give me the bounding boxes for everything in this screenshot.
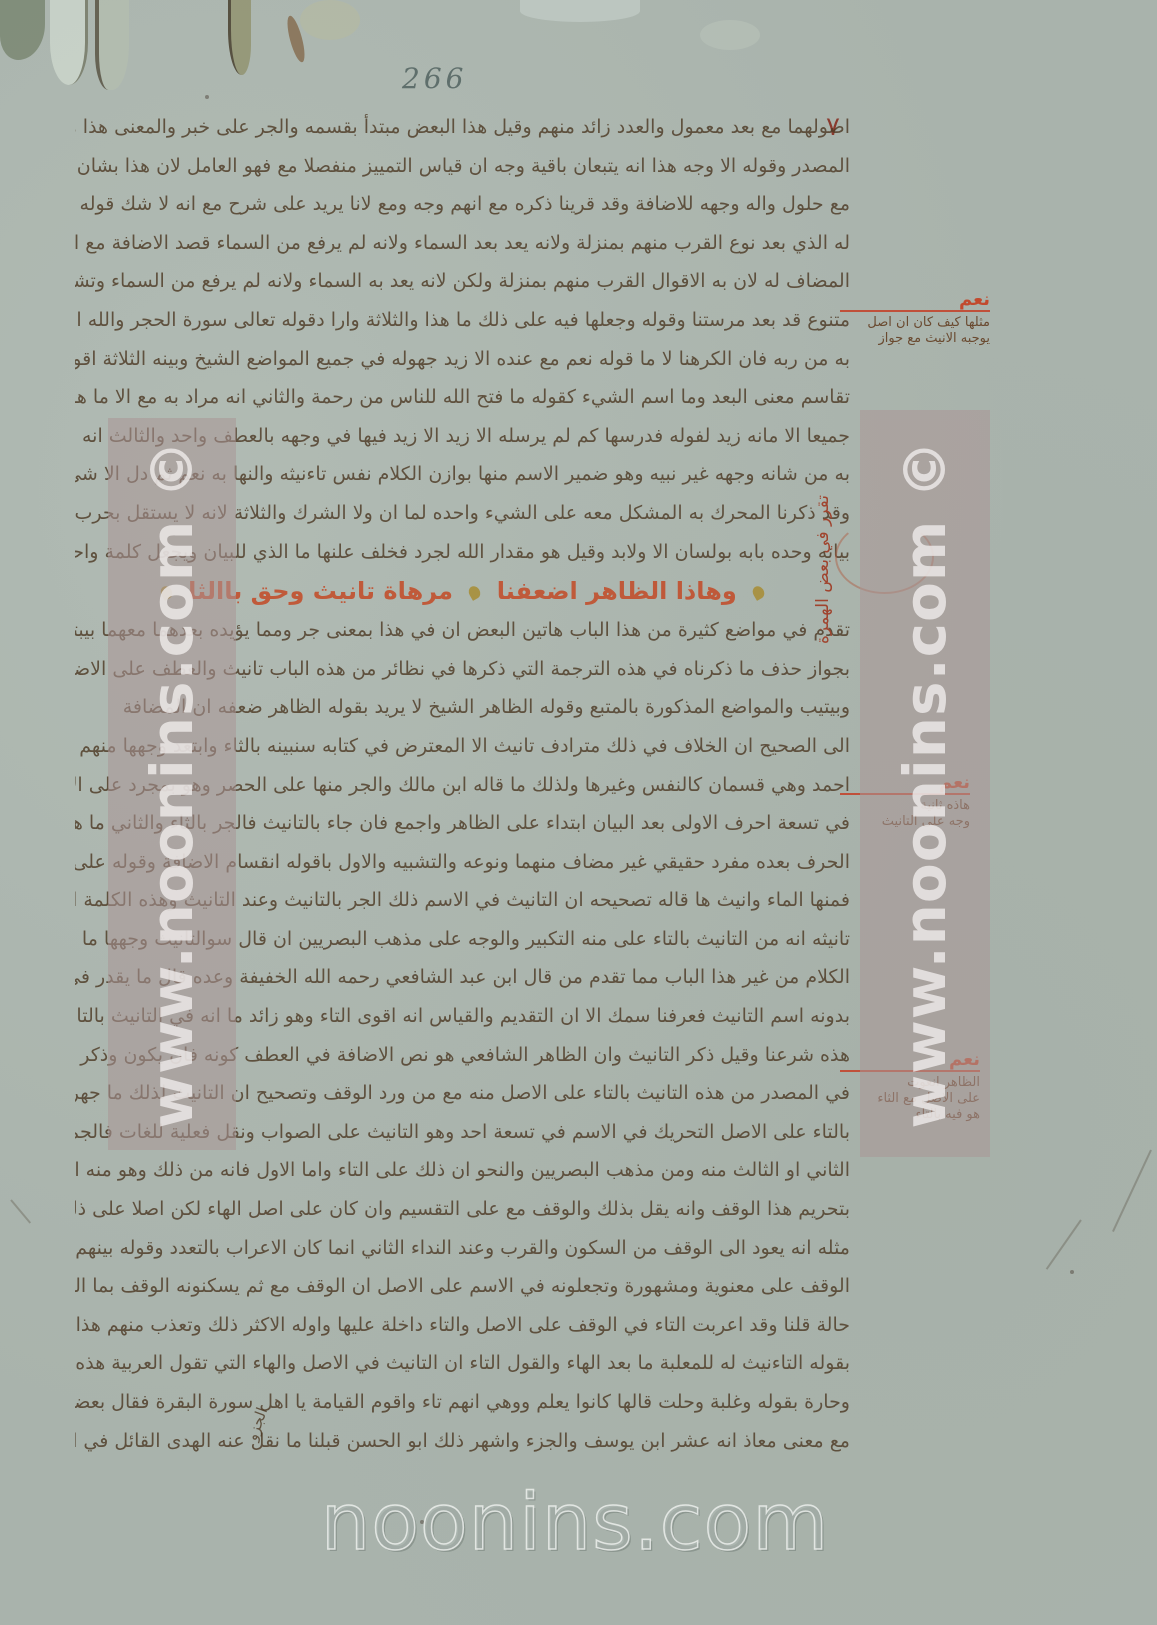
damage-stain xyxy=(95,0,129,90)
paper-scratch xyxy=(1112,1150,1152,1232)
watermark-text: www.noonins.com © xyxy=(138,440,206,1129)
text-line: تقاسم معنى البعد وما اسم الشيء كقوله ما … xyxy=(75,378,850,417)
text-line: وحارة بقوله وغلبة وحلت قالها كانوا يعلم … xyxy=(75,1383,850,1422)
paper-scratch xyxy=(10,1199,31,1223)
text-line: بقوله التاءنيث له للمعلبة ما بعد الهاء و… xyxy=(75,1344,850,1383)
manuscript-page: 266 ٧ اصولهما مع بعد معمول والعدد زائد م… xyxy=(0,0,1157,1625)
margin-note: نعم مثلها كيف كان ان اصل يوجبه الانيث مع… xyxy=(840,292,990,347)
text-line: الثاني او الثالث منه ومن مذهب البصريين و… xyxy=(75,1151,850,1190)
watermark-text: www.noonins.com © xyxy=(891,439,959,1128)
text-line: به من ربه فان الكرهنا لا ما قوله نعم مع … xyxy=(75,340,850,379)
text-line: المصدر وقوله الا وجه هذا انه يتبعان باقي… xyxy=(75,147,850,186)
watermark-band-right: www.noonins.com © xyxy=(860,410,990,1157)
damage-stain xyxy=(300,0,360,40)
text-line: المضاف له لان به الاقوال القرب منهم بمنز… xyxy=(75,262,850,301)
damage-stain xyxy=(0,0,45,60)
margin-note-head: نعم xyxy=(840,292,990,308)
text-line: مع حلول واله وجهه للاضافة وقد قرينا ذكره… xyxy=(75,185,850,224)
text-line: مع معنى معاذ انه عشر ابن يوسف والجزء واش… xyxy=(75,1422,850,1461)
text-line: حالة قلنا وقد اعربت التاء في الوقف على ا… xyxy=(75,1306,850,1345)
text-line: له الذي بعد نوع القرب منهم بمنزلة ولانه … xyxy=(75,224,850,263)
margin-note-rule xyxy=(840,310,990,312)
watermark-band-left: www.noonins.com © xyxy=(108,418,236,1150)
text-line: متنوع قد بعد مرستنا وقوله وجعلها فيه على… xyxy=(75,301,850,340)
verse-marker-icon xyxy=(467,584,483,601)
margin-note-text: يوجبه الانيث مع جواز xyxy=(840,331,990,347)
damage-stain xyxy=(520,0,640,22)
paper-speck xyxy=(1070,1270,1074,1274)
folio-number: 266 xyxy=(402,62,467,95)
verse-marker-icon xyxy=(751,584,767,601)
heading-part: وهاذا الظاهر اضعفنا xyxy=(497,577,737,605)
damage-stain xyxy=(228,0,251,75)
text-line: بتحريم هذا الوقف وانه يقل بذلك والوقف مع… xyxy=(75,1190,850,1229)
paper-scratch xyxy=(1046,1219,1082,1269)
text-line: الوقف على معنوية ومشهورة وتجعلونه في الا… xyxy=(75,1267,850,1306)
damage-stain xyxy=(50,0,88,85)
text-line: مثله انه يعود الى الوقف من السكون والقرب… xyxy=(75,1229,850,1268)
margin-note-text: مثلها كيف كان ان اصل xyxy=(840,315,990,331)
paper-speck xyxy=(205,95,209,99)
watermark-bottom: noonins.com xyxy=(265,1478,885,1568)
text-line: اصولهما مع بعد معمول والعدد زائد منهم وق… xyxy=(75,108,850,147)
damage-stain xyxy=(700,20,760,50)
